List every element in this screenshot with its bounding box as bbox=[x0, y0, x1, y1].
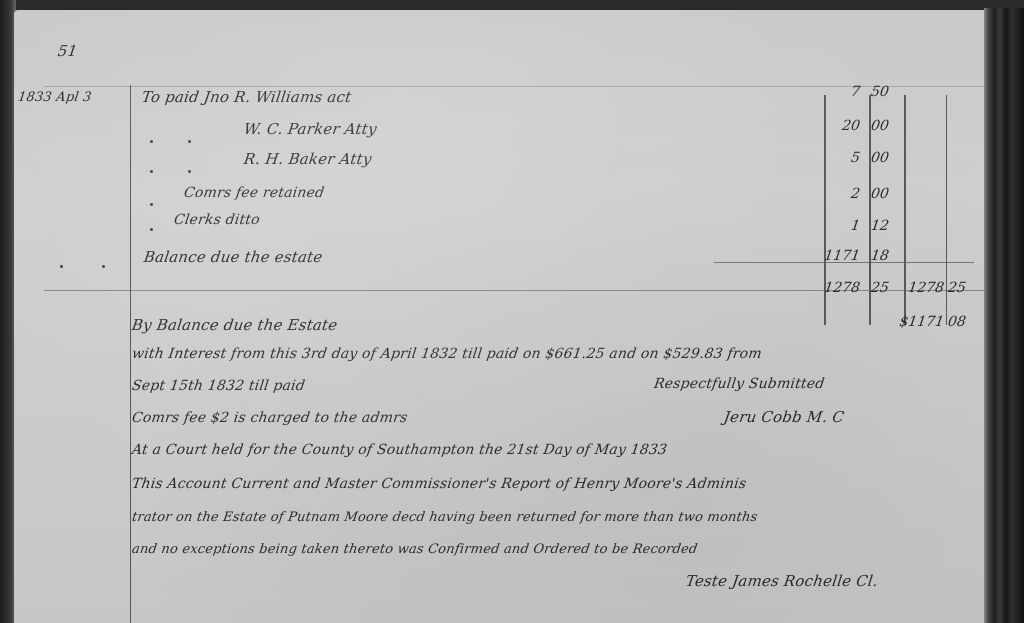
margin-line bbox=[130, 85, 131, 623]
balance-amount: $1171 bbox=[883, 314, 945, 330]
entry-dollars: 5 bbox=[803, 150, 861, 166]
entry-cents: 00 bbox=[870, 118, 902, 134]
book-page-edges bbox=[984, 8, 1024, 623]
court-line: and no exceptions being taken thereto wa… bbox=[131, 542, 699, 557]
ditto-mark bbox=[150, 170, 153, 173]
entry-text: W. C. Parker Atty bbox=[243, 120, 378, 138]
signer-name: Jeru Cobb M. C bbox=[723, 408, 846, 426]
body-line: with Interest from this 3rd day of April… bbox=[131, 346, 763, 362]
entry-cents: 50 bbox=[870, 84, 902, 100]
ditto-mark bbox=[102, 265, 105, 268]
entry-text: Clerks ditto bbox=[173, 212, 261, 228]
entry-text: Balance due the estate bbox=[143, 248, 324, 266]
attestation-signature: Teste James Rochelle Cl. bbox=[685, 572, 879, 590]
court-line: At a Court held for the County of Southa… bbox=[131, 442, 668, 458]
ditto-mark bbox=[188, 140, 191, 143]
body-line: Comrs fee $2 is charged to the admrs bbox=[131, 410, 409, 426]
total-cents-right: 25 bbox=[947, 280, 979, 296]
entry-text: Comrs fee retained bbox=[183, 185, 325, 201]
ditto-mark bbox=[60, 265, 63, 268]
closing-text: Respectfully Submitted bbox=[653, 376, 826, 392]
ditto-mark bbox=[150, 203, 153, 206]
entry-date: 1833 Apl 3 bbox=[17, 90, 93, 105]
entry-dollars: 20 bbox=[803, 118, 861, 134]
balance-cents: 08 bbox=[947, 314, 979, 330]
entry-cents: 12 bbox=[870, 218, 902, 234]
entry-cents: 00 bbox=[870, 150, 902, 166]
body-line: Sept 15th 1832 till paid bbox=[131, 378, 306, 394]
page-number: 51 bbox=[57, 42, 79, 60]
ledger-page: 51 1833 Apl 3 To paid Jno R. Williams ac… bbox=[14, 10, 984, 623]
entry-cents: 18 bbox=[870, 248, 902, 264]
ditto-mark bbox=[150, 140, 153, 143]
entry-dollars: 1171 bbox=[803, 248, 861, 264]
ditto-mark bbox=[188, 170, 191, 173]
ditto-mark bbox=[150, 228, 153, 231]
total-dollars-right: 1278 bbox=[897, 280, 945, 296]
total-dollars-left: 1278 bbox=[803, 280, 861, 296]
entry-text: R. H. Baker Atty bbox=[243, 150, 373, 168]
balance-line: By Balance due the Estate bbox=[131, 316, 339, 334]
court-line: This Account Current and Master Commissi… bbox=[131, 476, 748, 492]
entry-dollars: 7 bbox=[803, 84, 861, 100]
entry-dollars: 1 bbox=[803, 218, 861, 234]
entry-text: To paid Jno R. Williams act bbox=[141, 88, 353, 106]
entry-cents: 00 bbox=[870, 186, 902, 202]
scan-top-border bbox=[0, 0, 1024, 8]
entry-dollars: 2 bbox=[803, 186, 861, 202]
court-line: trator on the Estate of Putnam Moore dec… bbox=[131, 510, 759, 525]
